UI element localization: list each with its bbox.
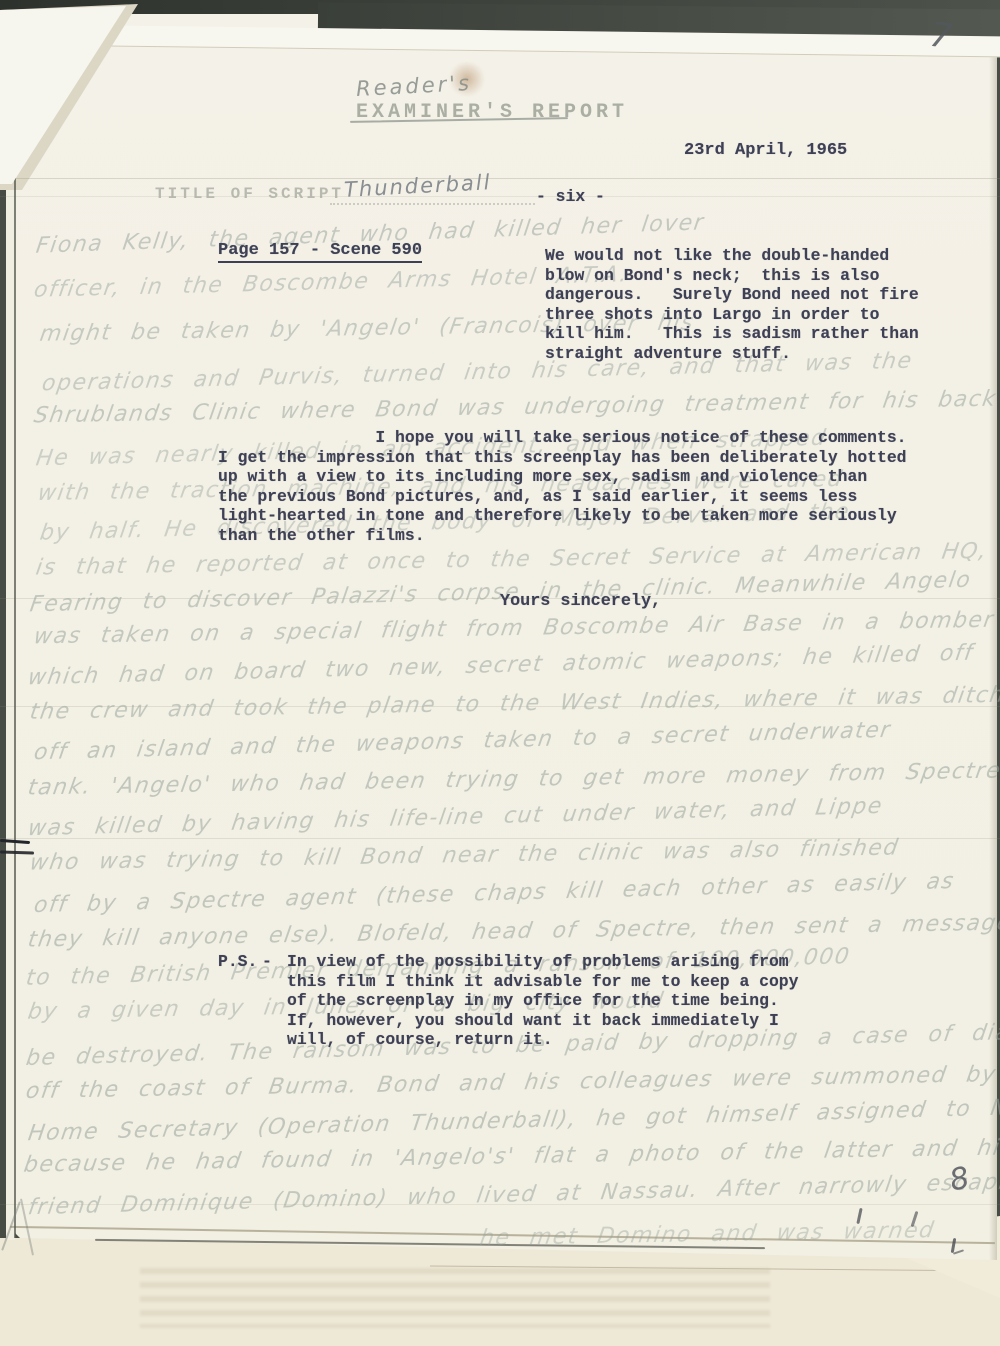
handwriting-line: they kill anyone else). Blofeld, head of…: [26, 910, 1000, 952]
handwriting-line: off an island and the weapons taken to a…: [32, 718, 892, 766]
closing-comments-paragraph: I hope you will take serious notice of t…: [218, 428, 907, 546]
ps-label: P.S.: [218, 952, 257, 972]
handwriting-line: friend Dominique (Domino) who lived at N…: [26, 1169, 1000, 1221]
scanned-document: Fiona Kelly, the agent who had killed he…: [0, 0, 1000, 1346]
handwriting-line: off by a Spectre agent (these chaps kill…: [32, 869, 956, 918]
report-date: 23rd April, 1965: [684, 141, 847, 160]
handwriting-line: who was trying to kill Bond near the cli…: [28, 835, 901, 875]
handwriting-line: officer, in the Boscombe Arms Hotel A.T.…: [32, 262, 630, 303]
handwriting-line: he met Domino and was warned: [478, 1218, 937, 1248]
ps-body: In view of the possibility of problems a…: [287, 952, 798, 1050]
pencil-handwriting-layer: Fiona Kelly, the agent who had killed he…: [0, 0, 1000, 1248]
handwriting-line: which had on board two new, secret atomi…: [26, 641, 975, 691]
valediction: Yours sincerely,: [500, 592, 661, 611]
page-marker: - six -: [536, 187, 605, 206]
title-of-script-label: TITLE OF SCRIPT: [155, 185, 344, 203]
handwriting-line: off the coast of Burma. Bond and his col…: [24, 1061, 1000, 1104]
scene-heading: Page 157 - Scene 590: [218, 241, 422, 260]
title-dotted-line: [330, 203, 535, 205]
handwriting-line: was killed by having his life-line cut u…: [26, 794, 885, 841]
ghost-text-bleedthrough: [140, 1268, 770, 1328]
ps-dash: -: [262, 952, 272, 972]
scene-comment-paragraph: We would not like the double-handed blow…: [545, 246, 919, 364]
